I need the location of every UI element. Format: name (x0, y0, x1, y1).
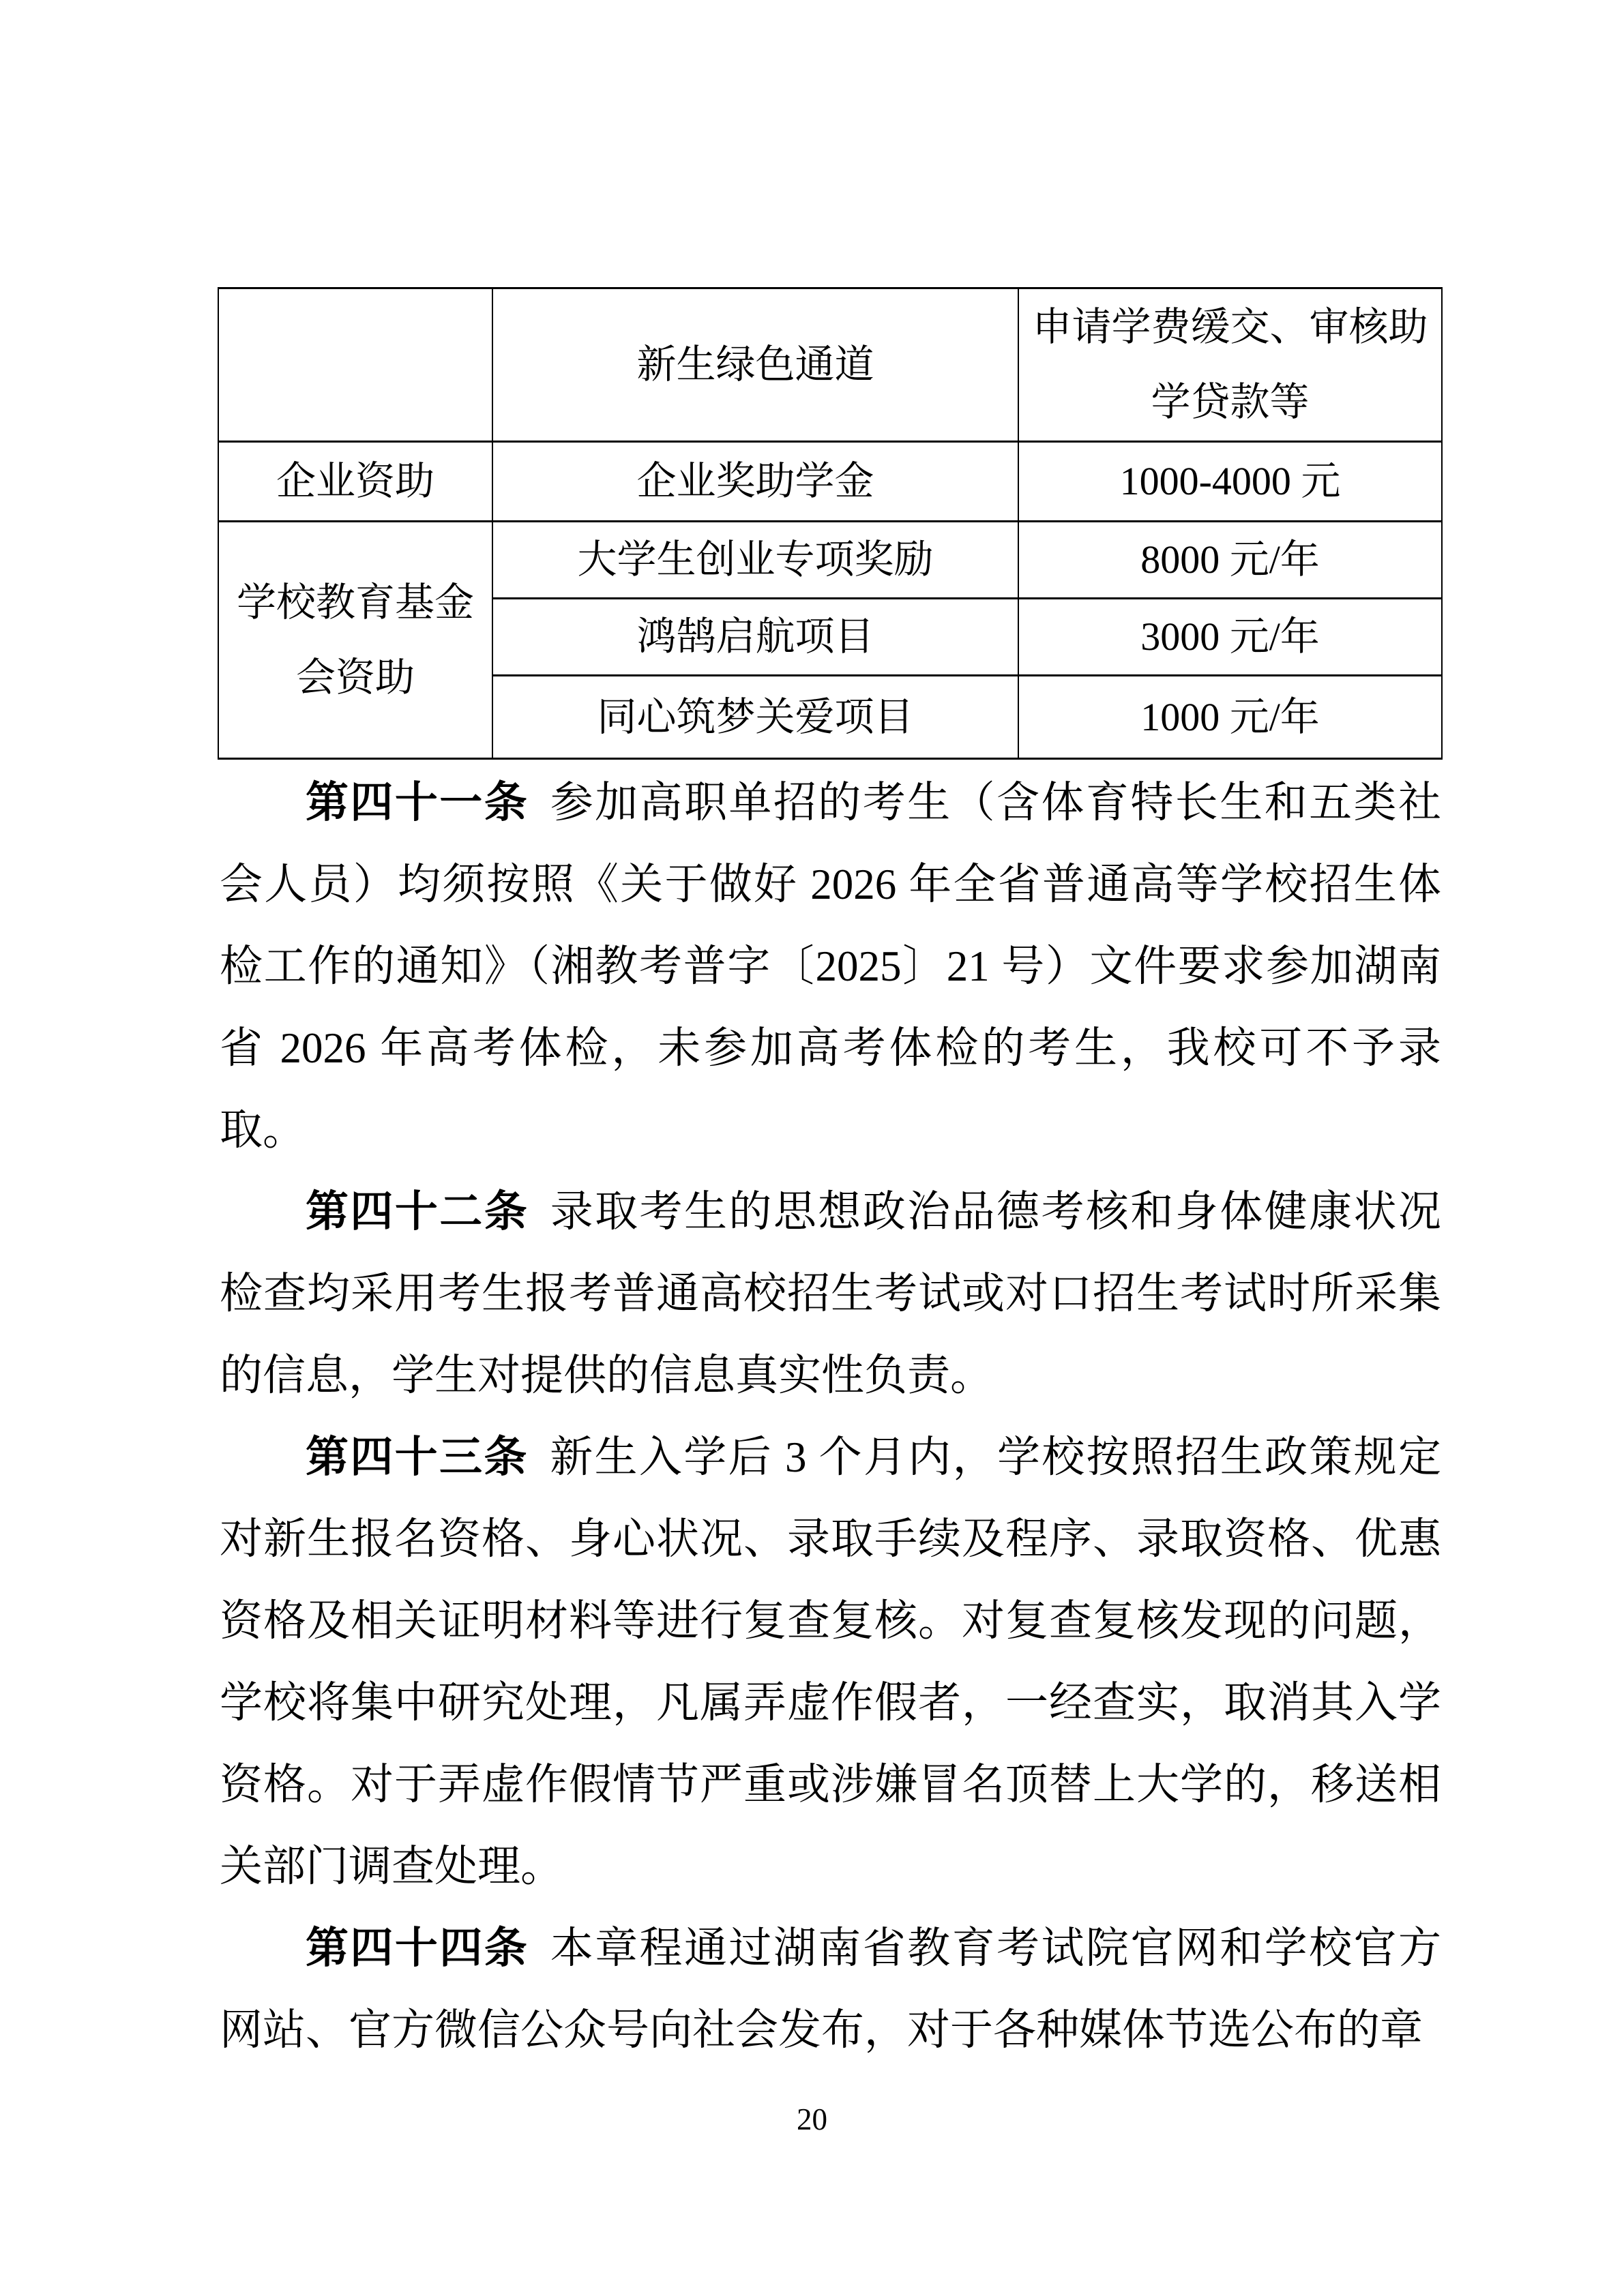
cell-item-company-scholarship: 企业奖助学金 (492, 442, 1018, 522)
cell-item-startup-award: 大学生创业专项奖励 (492, 522, 1018, 599)
cell-category-school-foundation: 学校教育基金会资助 (218, 522, 492, 759)
cell-amount-company-scholarship: 1000-4000 元 (1018, 442, 1442, 522)
article-43-text: 新生入学后 3 个月内，学校按照招生政策规定对新生报名资格、身心状况、录取手续及… (220, 1433, 1441, 1890)
article-41: 第四十一条参加高职单招的考生（含体育特长生和五类社会人员）均须按照《关于做好 2… (220, 762, 1441, 1171)
article-42-number: 第四十二条 (306, 1188, 529, 1236)
article-44-number: 第四十四条 (306, 1924, 529, 1972)
cell-item-honghu-project: 鸿鹄启航项目 (492, 599, 1018, 676)
cell-amount-green-channel: 申请学费缓交、审核助学贷款等 (1018, 288, 1442, 442)
article-41-number: 第四十一条 (306, 779, 529, 826)
table-row-startup-award: 学校教育基金会资助 大学生创业专项奖励 8000 元/年 (218, 522, 1442, 599)
cell-amount-tongxin-project: 1000 元/年 (1018, 676, 1442, 759)
cell-category-company: 企业资助 (218, 442, 492, 522)
page-number: 20 (0, 2102, 1624, 2136)
table-row-green-channel: 新生绿色通道 申请学费缓交、审核助学贷款等 (218, 288, 1442, 442)
article-43: 第四十三条新生入学后 3 个月内，学校按照招生政策规定对新生报名资格、身心状况、… (220, 1416, 1441, 1907)
funding-table: 新生绿色通道 申请学费缓交、审核助学贷款等 企业资助 企业奖助学金 1000-4… (218, 287, 1443, 760)
article-43-number: 第四十三条 (306, 1433, 529, 1481)
cell-item-tongxin-project: 同心筑梦关爱项目 (492, 676, 1018, 759)
article-44: 第四十四条本章程通过湖南省教育考试院官网和学校官方网站、官方微信公众号向社会发布… (220, 1907, 1441, 2071)
article-41-text: 参加高职单招的考生（含体育特长生和五类社会人员）均须按照《关于做好 2026 年… (220, 779, 1441, 1154)
cell-amount-startup-award: 8000 元/年 (1018, 522, 1442, 599)
article-42: 第四十二条录取考生的思想政治品德考核和身体健康状况检查均采用考生报考普通高校招生… (220, 1171, 1441, 1416)
cell-amount-honghu-project: 3000 元/年 (1018, 599, 1442, 676)
document-page: 新生绿色通道 申请学费缓交、审核助学贷款等 企业资助 企业奖助学金 1000-4… (0, 0, 1624, 2296)
article-text-block: 第四十一条参加高职单招的考生（含体育特长生和五类社会人员）均须按照《关于做好 2… (220, 762, 1441, 2071)
table-row-company-aid: 企业资助 企业奖助学金 1000-4000 元 (218, 442, 1442, 522)
cell-category-empty (218, 288, 492, 442)
cell-item-green-channel: 新生绿色通道 (492, 288, 1018, 442)
